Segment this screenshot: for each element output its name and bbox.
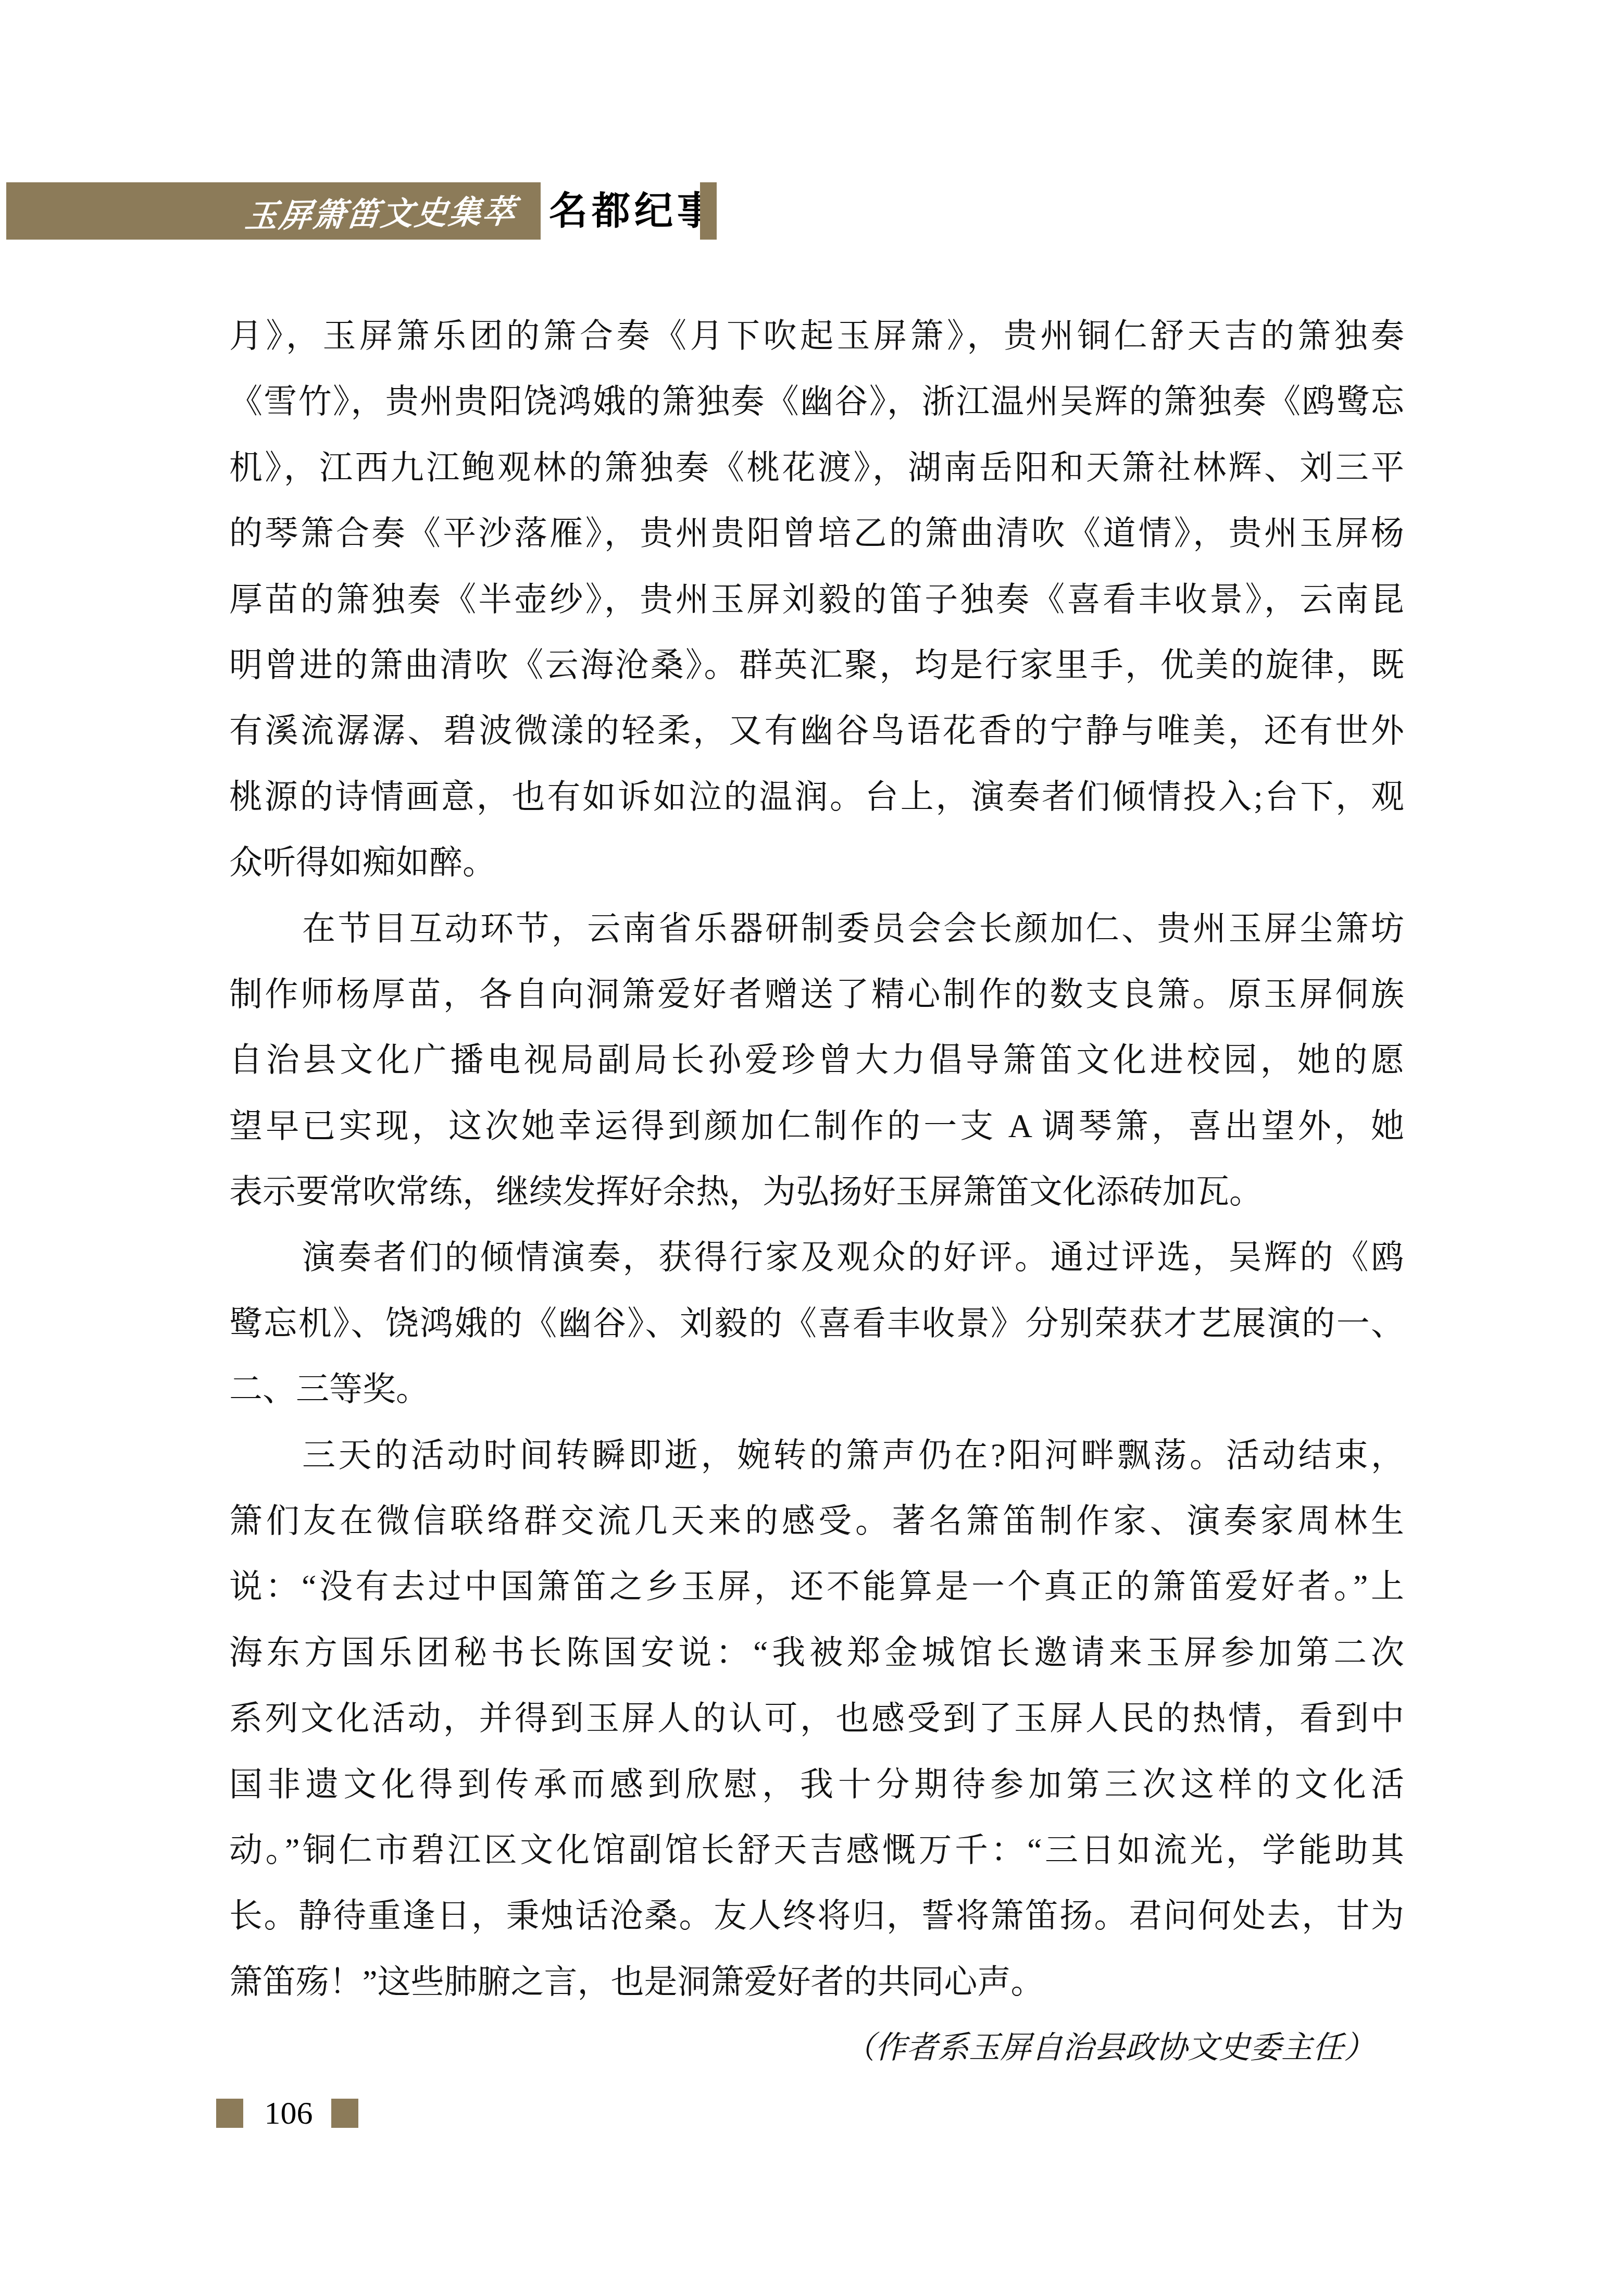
page-number-marker-left — [216, 2099, 243, 2128]
text-line: 的琴箫合奏《平沙落雁》，贵州贵阳曾培乙的箫曲清吹《道情》，贵州玉屏杨 — [229, 501, 1404, 566]
section-title: 名都纪事 — [549, 182, 720, 240]
text-line: 表示要常吹常练，继续发挥好余热，为弘扬好玉屏箫笛文化添砖加瓦。 — [229, 1159, 1404, 1225]
text-line: 箫们友在微信联络群交流几天来的感受。著名箫笛制作家、演奏家周林生 — [229, 1488, 1404, 1554]
scanned-book-page: 玉屏箫笛文史集萃 名都纪事 月》，玉屏箫乐团的箫合奏《月下吹起玉屏箫》，贵州铜仁… — [0, 0, 1624, 2269]
text-line: 二、三等奖。 — [229, 1356, 1404, 1422]
text-line: 机》，江西九江鲍观林的箫独奏《桃花渡》，湖南岳阳和天箫社林辉、刘三平 — [229, 435, 1404, 501]
page-number: 106 — [254, 2095, 323, 2131]
text-line: 在节目互动环节，云南省乐器研制委员会会长颜加仁、贵州玉屏尘箫坊 — [229, 896, 1404, 962]
logo-calligraphy: 玉屏箫笛文史集萃 — [243, 185, 519, 236]
text-line: 众听得如痴如醉。 — [229, 830, 1404, 895]
header-accent-bar — [700, 182, 717, 240]
text-line: 海东方国乐团秘书长陈国安说：“我被郑金城馆长邀请来玉屏参加第二次 — [229, 1620, 1404, 1686]
text-line: 有溪流潺潺、碧波微漾的轻柔，又有幽谷鸟语花香的宁静与唯美，还有世外 — [229, 698, 1404, 764]
text-line: 《雪竹》，贵州贵阳饶鸿娥的箫独奏《幽谷》，浙江温州吴辉的箫独奏《鸥鹭忘 — [229, 369, 1404, 434]
text-line: 自治县文化广播电视局副局长孙爱珍曾大力倡导箫笛文化进校园，她的愿 — [229, 1027, 1404, 1093]
page-number-marker-right — [331, 2099, 358, 2128]
body-text: 月》，玉屏箫乐团的箫合奏《月下吹起玉屏箫》，贵州铜仁舒天吉的箫独奏《雪竹》，贵州… — [229, 303, 1404, 2081]
text-line: 长。静待重逢日，秉烛话沧桑。友人终将归，誓将箫笛扬。君问何处去，甘为 — [229, 1883, 1404, 1949]
header-band: 玉屏箫笛文史集萃 — [6, 182, 541, 240]
text-line: 鹭忘机》、饶鸿娥的《幽谷》、刘毅的《喜看丰收景》分别荣获才艺展演的一、 — [229, 1291, 1404, 1356]
text-line: 系列文化活动，并得到玉屏人的认可，也感受到了玉屏人民的热情，看到中 — [229, 1686, 1404, 1751]
text-line: 桃源的诗情画意，也有如诉如泣的温润。台上，演奏者们倾情投入;台下，观 — [229, 764, 1404, 830]
author-line: （作者系玉屏自治县政协文史委主任） — [229, 2015, 1404, 2080]
text-line: 望早已实现，这次她幸运得到颜加仁制作的一支 A 调琴箫，喜出望外，她 — [229, 1093, 1404, 1159]
text-line: 月》，玉屏箫乐团的箫合奏《月下吹起玉屏箫》，贵州铜仁舒天吉的箫独奏 — [229, 303, 1404, 369]
text-line: 三天的活动时间转瞬即逝，婉转的箫声仍在?阳河畔飘荡。活动结束， — [229, 1423, 1404, 1488]
text-line: 说：“没有去过中国箫笛之乡玉屏，还不能算是一个真正的箫笛爱好者。”上 — [229, 1554, 1404, 1619]
text-line: 厚苗的箫独奏《半壶纱》，贵州玉屏刘毅的笛子独奏《喜看丰收景》，云南昆 — [229, 567, 1404, 632]
text-line: 箫笛殇！”这些肺腑之言，也是洞箫爱好者的共同心声。 — [229, 1949, 1404, 2015]
text-line: 动。”铜仁市碧江区文化馆副馆长舒天吉感慨万千：“三日如流光，学能助其 — [229, 1817, 1404, 1883]
text-line: 国非遗文化得到传承而感到欣慰，我十分期待参加第三次这样的文化活 — [229, 1752, 1404, 1817]
text-line: 演奏者们的倾情演奏，获得行家及观众的好评。通过评选，吴辉的《鸥 — [229, 1225, 1404, 1290]
text-line: 明曾进的箫曲清吹《云海沧桑》。群英汇聚，均是行家里手，优美的旋律，既 — [229, 632, 1404, 698]
text-line: 制作师杨厚苗，各自向洞箫爱好者赠送了精心制作的数支良箫。原玉屏侗族 — [229, 962, 1404, 1027]
